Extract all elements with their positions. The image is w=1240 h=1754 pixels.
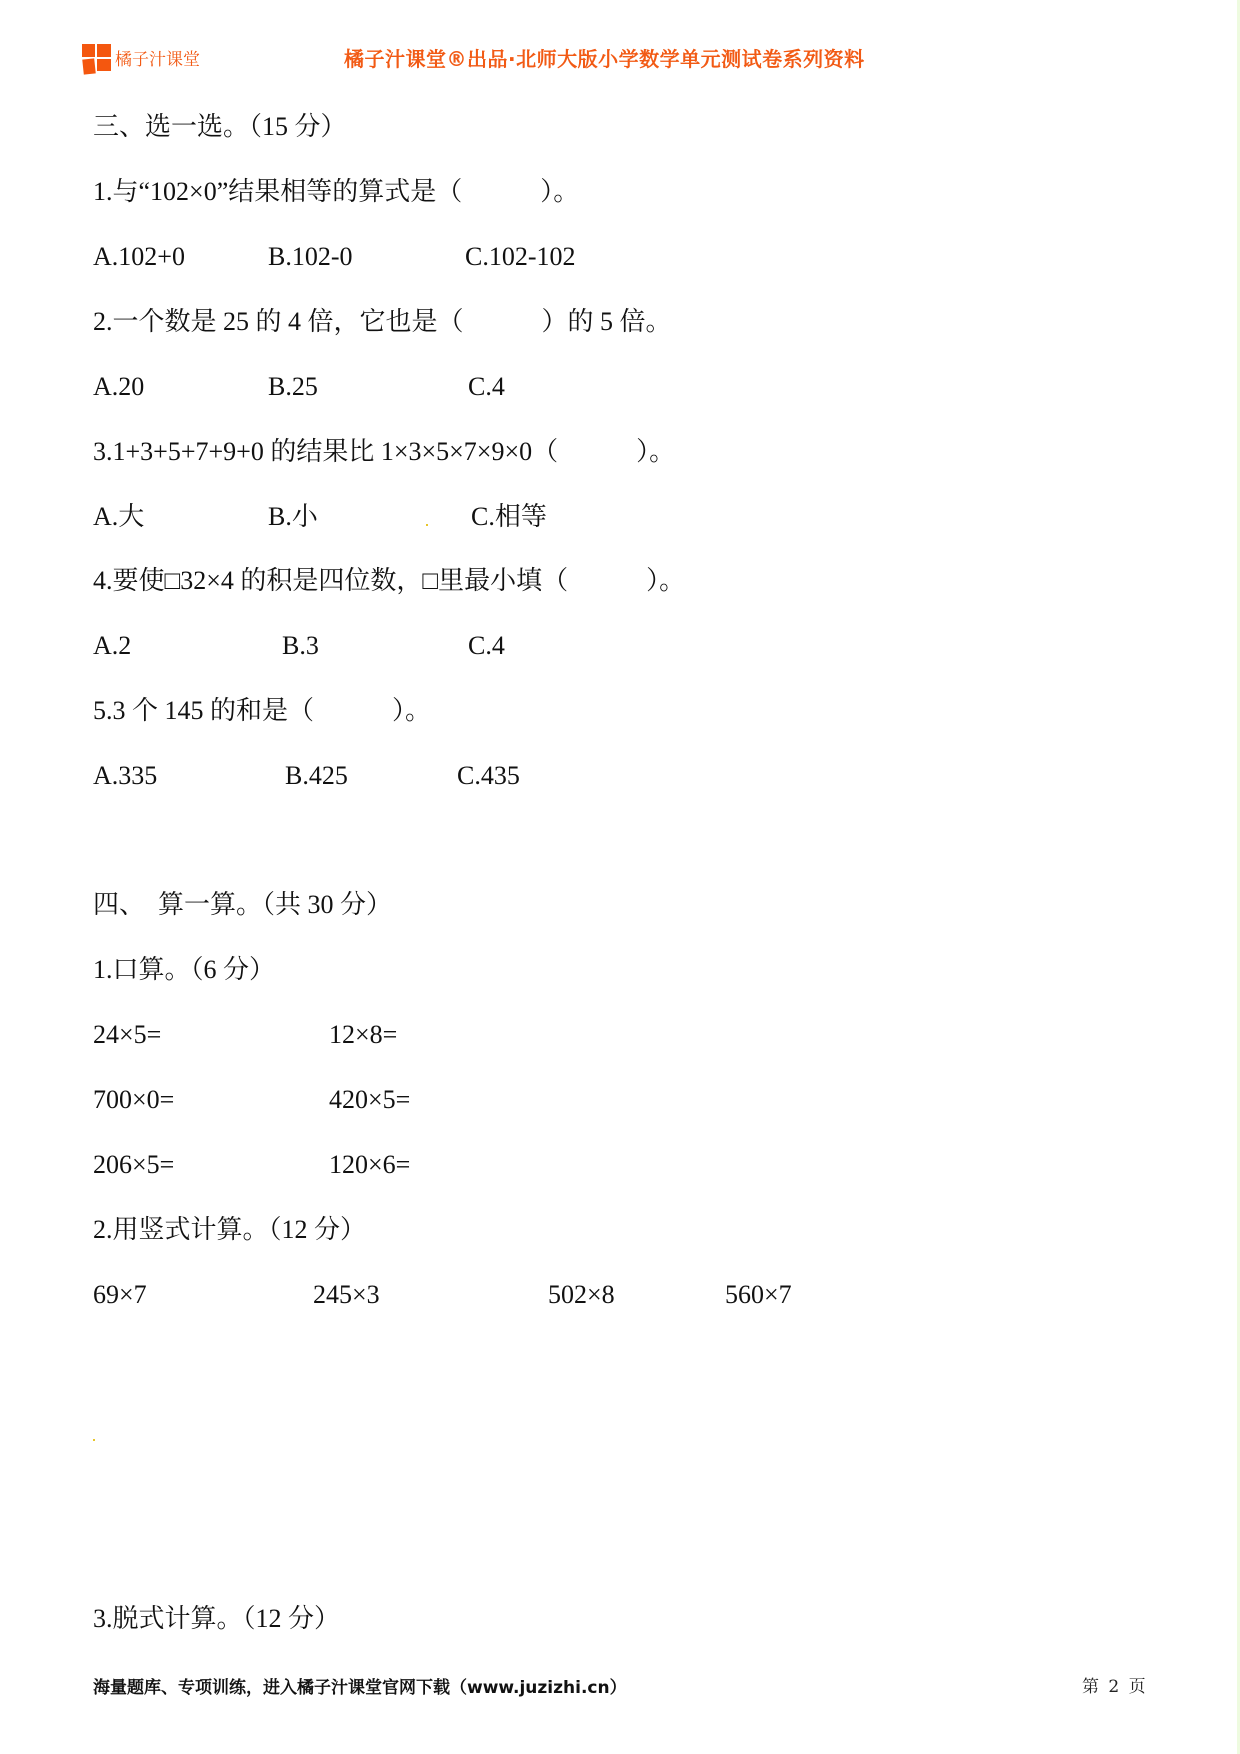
mental-item: 206×5= bbox=[93, 1150, 174, 1180]
option-c: C.4 bbox=[468, 631, 505, 661]
option-b: B.3 bbox=[282, 631, 319, 661]
part-title-mental: 1.口算。（6 分） bbox=[93, 955, 275, 985]
option-b: B.102-0 bbox=[268, 242, 353, 272]
page-number: 第 2 页 bbox=[1082, 1672, 1148, 1697]
option-c: C.435 bbox=[457, 761, 520, 791]
option-a: A.335 bbox=[93, 761, 157, 791]
option-b: B.25 bbox=[268, 372, 318, 402]
vertical-item: 560×7 bbox=[725, 1280, 792, 1310]
mental-item: 420×5= bbox=[329, 1085, 410, 1115]
question-2: 2.一个数是 25 的 4 倍，它也是（ ）的 5 倍。 bbox=[93, 307, 672, 337]
question-1: 1.与“102×0”结果相等的算式是（ ）。 bbox=[93, 177, 579, 207]
logo-icon bbox=[82, 44, 112, 74]
option-a: A.2 bbox=[93, 631, 131, 661]
question-4: 4.要使□32×4 的积是四位数，□里最小填（ ）。 bbox=[93, 566, 685, 596]
option-b: B.小 bbox=[268, 502, 318, 532]
mental-item: 12×8= bbox=[329, 1020, 397, 1050]
option-a: A.102+0 bbox=[93, 242, 185, 272]
part-title-stepwise: 3.脱式计算。（12 分） bbox=[93, 1604, 340, 1634]
option-c: C.4 bbox=[468, 372, 505, 402]
mental-item: 700×0= bbox=[93, 1085, 174, 1115]
stray-mark bbox=[93, 1439, 95, 1441]
part-title-vertical: 2.用竖式计算。（12 分） bbox=[93, 1215, 366, 1245]
vertical-item: 69×7 bbox=[93, 1280, 147, 1310]
section-heading: 三、选一选。（15 分） bbox=[93, 112, 347, 142]
question-3: 3.1+3+5+7+9+0 的结果比 1×3×5×7×9×0（ ）。 bbox=[93, 437, 675, 467]
vertical-item: 502×8 bbox=[548, 1280, 615, 1310]
mental-item: 24×5= bbox=[93, 1020, 161, 1050]
section-heading: 四、 算一算。（共 30 分） bbox=[93, 890, 392, 920]
vertical-item: 245×3 bbox=[313, 1280, 380, 1310]
option-a: A.20 bbox=[93, 372, 144, 402]
stray-mark bbox=[426, 524, 428, 526]
option-c: C.相等 bbox=[471, 502, 547, 532]
question-5: 5.3 个 145 的和是（ ）。 bbox=[93, 696, 431, 726]
option-a: A.大 bbox=[93, 502, 144, 532]
footer-promo: 海量题库、专项训练，进入橘子汁课堂官网下载（www.juzizhi.cn） bbox=[93, 1673, 627, 1698]
option-b: B.425 bbox=[285, 761, 348, 791]
logo-text: 橘子汁课堂 bbox=[115, 45, 200, 70]
option-c: C.102-102 bbox=[465, 242, 576, 272]
series-title: 橘子汁课堂®出品·北师大版小学数学单元测试卷系列资料 bbox=[344, 43, 865, 72]
mental-item: 120×6= bbox=[329, 1150, 410, 1180]
